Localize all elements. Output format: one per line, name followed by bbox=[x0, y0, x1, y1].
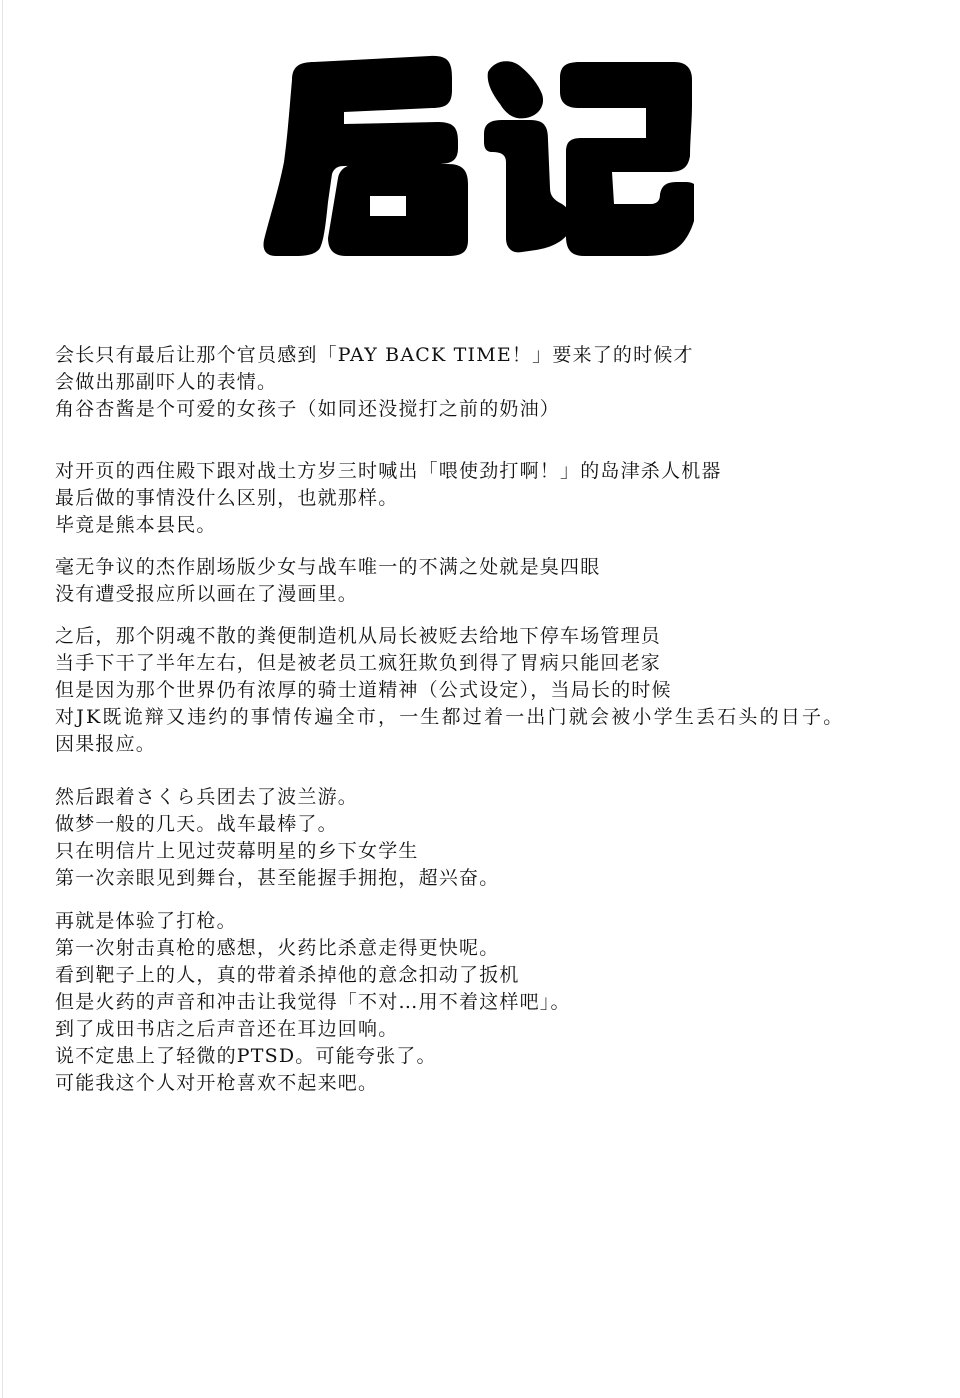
text-line: 看到靶子上的人，真的带着杀掉他的意念扣动了扳机 bbox=[55, 962, 945, 989]
text-line: 毕竟是熊本县民。 bbox=[55, 512, 945, 539]
paragraph-3: 毫无争议的杰作剧场版少女与战车唯一的不满之处就是臭四眼 没有遭受报应所以画在了漫… bbox=[55, 554, 945, 608]
text-line: 没有遭受报应所以画在了漫画里。 bbox=[55, 581, 945, 608]
text-line: 再就是体验了打枪。 bbox=[55, 908, 945, 935]
text-line: 第一次亲眼见到舞台，甚至能握手拥抱，超兴奋。 bbox=[55, 865, 945, 892]
text-line: 角谷杏酱是个可爱的女孩子（如同还没搅打之前的奶油） bbox=[55, 396, 945, 423]
paragraph-5: 然后跟着さくら兵团去了波兰游。 做梦一般的几天。战车最棒了。 只在明信片上见过荧… bbox=[55, 784, 945, 892]
paragraph-1: 会长只有最后让那个官员感到「PAY BACK TIME！」要来了的时候才 会做出… bbox=[55, 342, 945, 423]
text-line: 只在明信片上见过荧幕明星的乡下女学生 bbox=[55, 838, 945, 865]
text-line: 到了成田书店之后声音还在耳边回响。 bbox=[55, 1016, 945, 1043]
text-line: 对JK既诡辩又违约的事情传遍全市，一生都过着一出门就会被小学生丢石头的日子。 bbox=[55, 704, 945, 731]
paragraph-2: 对开页的西住殿下跟对战土方岁三时喊出「喂使劲打啊！」的岛津杀人机器 最后做的事情… bbox=[55, 458, 945, 539]
page-title: 后记 bbox=[262, 52, 694, 256]
text-line: 但是火药的声音和冲击让我觉得「不对…用不着这样吧」。 bbox=[55, 989, 945, 1016]
text-line: 可能我这个人对开枪喜欢不起来吧。 bbox=[55, 1070, 945, 1097]
afterword-body: 会长只有最后让那个官员感到「PAY BACK TIME！」要来了的时候才 会做出… bbox=[55, 342, 945, 1097]
page-edge-line bbox=[2, 0, 3, 1398]
title-glyph-ji bbox=[484, 61, 694, 256]
text-line: 最后做的事情没什么区别，也就那样。 bbox=[55, 485, 945, 512]
text-line: 但是因为那个世界仍有浓厚的骑士道精神（公式设定），当局长的时候 bbox=[55, 677, 945, 704]
text-line: 会长只有最后让那个官员感到「PAY BACK TIME！」要来了的时候才 bbox=[55, 342, 945, 369]
text-line: 毫无争议的杰作剧场版少女与战车唯一的不满之处就是臭四眼 bbox=[55, 554, 945, 581]
text-line: 做梦一般的几天。战车最棒了。 bbox=[55, 811, 945, 838]
text-line: 第一次射击真枪的感想，火药比杀意走得更快呢。 bbox=[55, 935, 945, 962]
text-line: 因果报应。 bbox=[55, 731, 945, 758]
text-line: 当手下干了半年左右，但是被老员工疯狂欺负到得了胃病只能回老家 bbox=[55, 650, 945, 677]
paragraph-6: 再就是体验了打枪。 第一次射击真枪的感想，火药比杀意走得更快呢。 看到靶子上的人… bbox=[55, 908, 945, 1097]
text-line: 说不定患上了轻微的PTSD。可能夸张了。 bbox=[55, 1043, 945, 1070]
text-line: 会做出那副吓人的表情。 bbox=[55, 369, 945, 396]
paragraph-4: 之后，那个阴魂不散的粪便制造机从局长被贬去给地下停车场管理员 当手下干了半年左右… bbox=[55, 623, 945, 758]
title-glyphs bbox=[262, 52, 694, 256]
text-line: 然后跟着さくら兵团去了波兰游。 bbox=[55, 784, 945, 811]
text-line: 之后，那个阴魂不散的粪便制造机从局长被贬去给地下停车场管理员 bbox=[55, 623, 945, 650]
title-glyph-hou bbox=[264, 56, 469, 256]
text-line: 对开页的西住殿下跟对战土方岁三时喊出「喂使劲打啊！」的岛津杀人机器 bbox=[55, 458, 945, 485]
